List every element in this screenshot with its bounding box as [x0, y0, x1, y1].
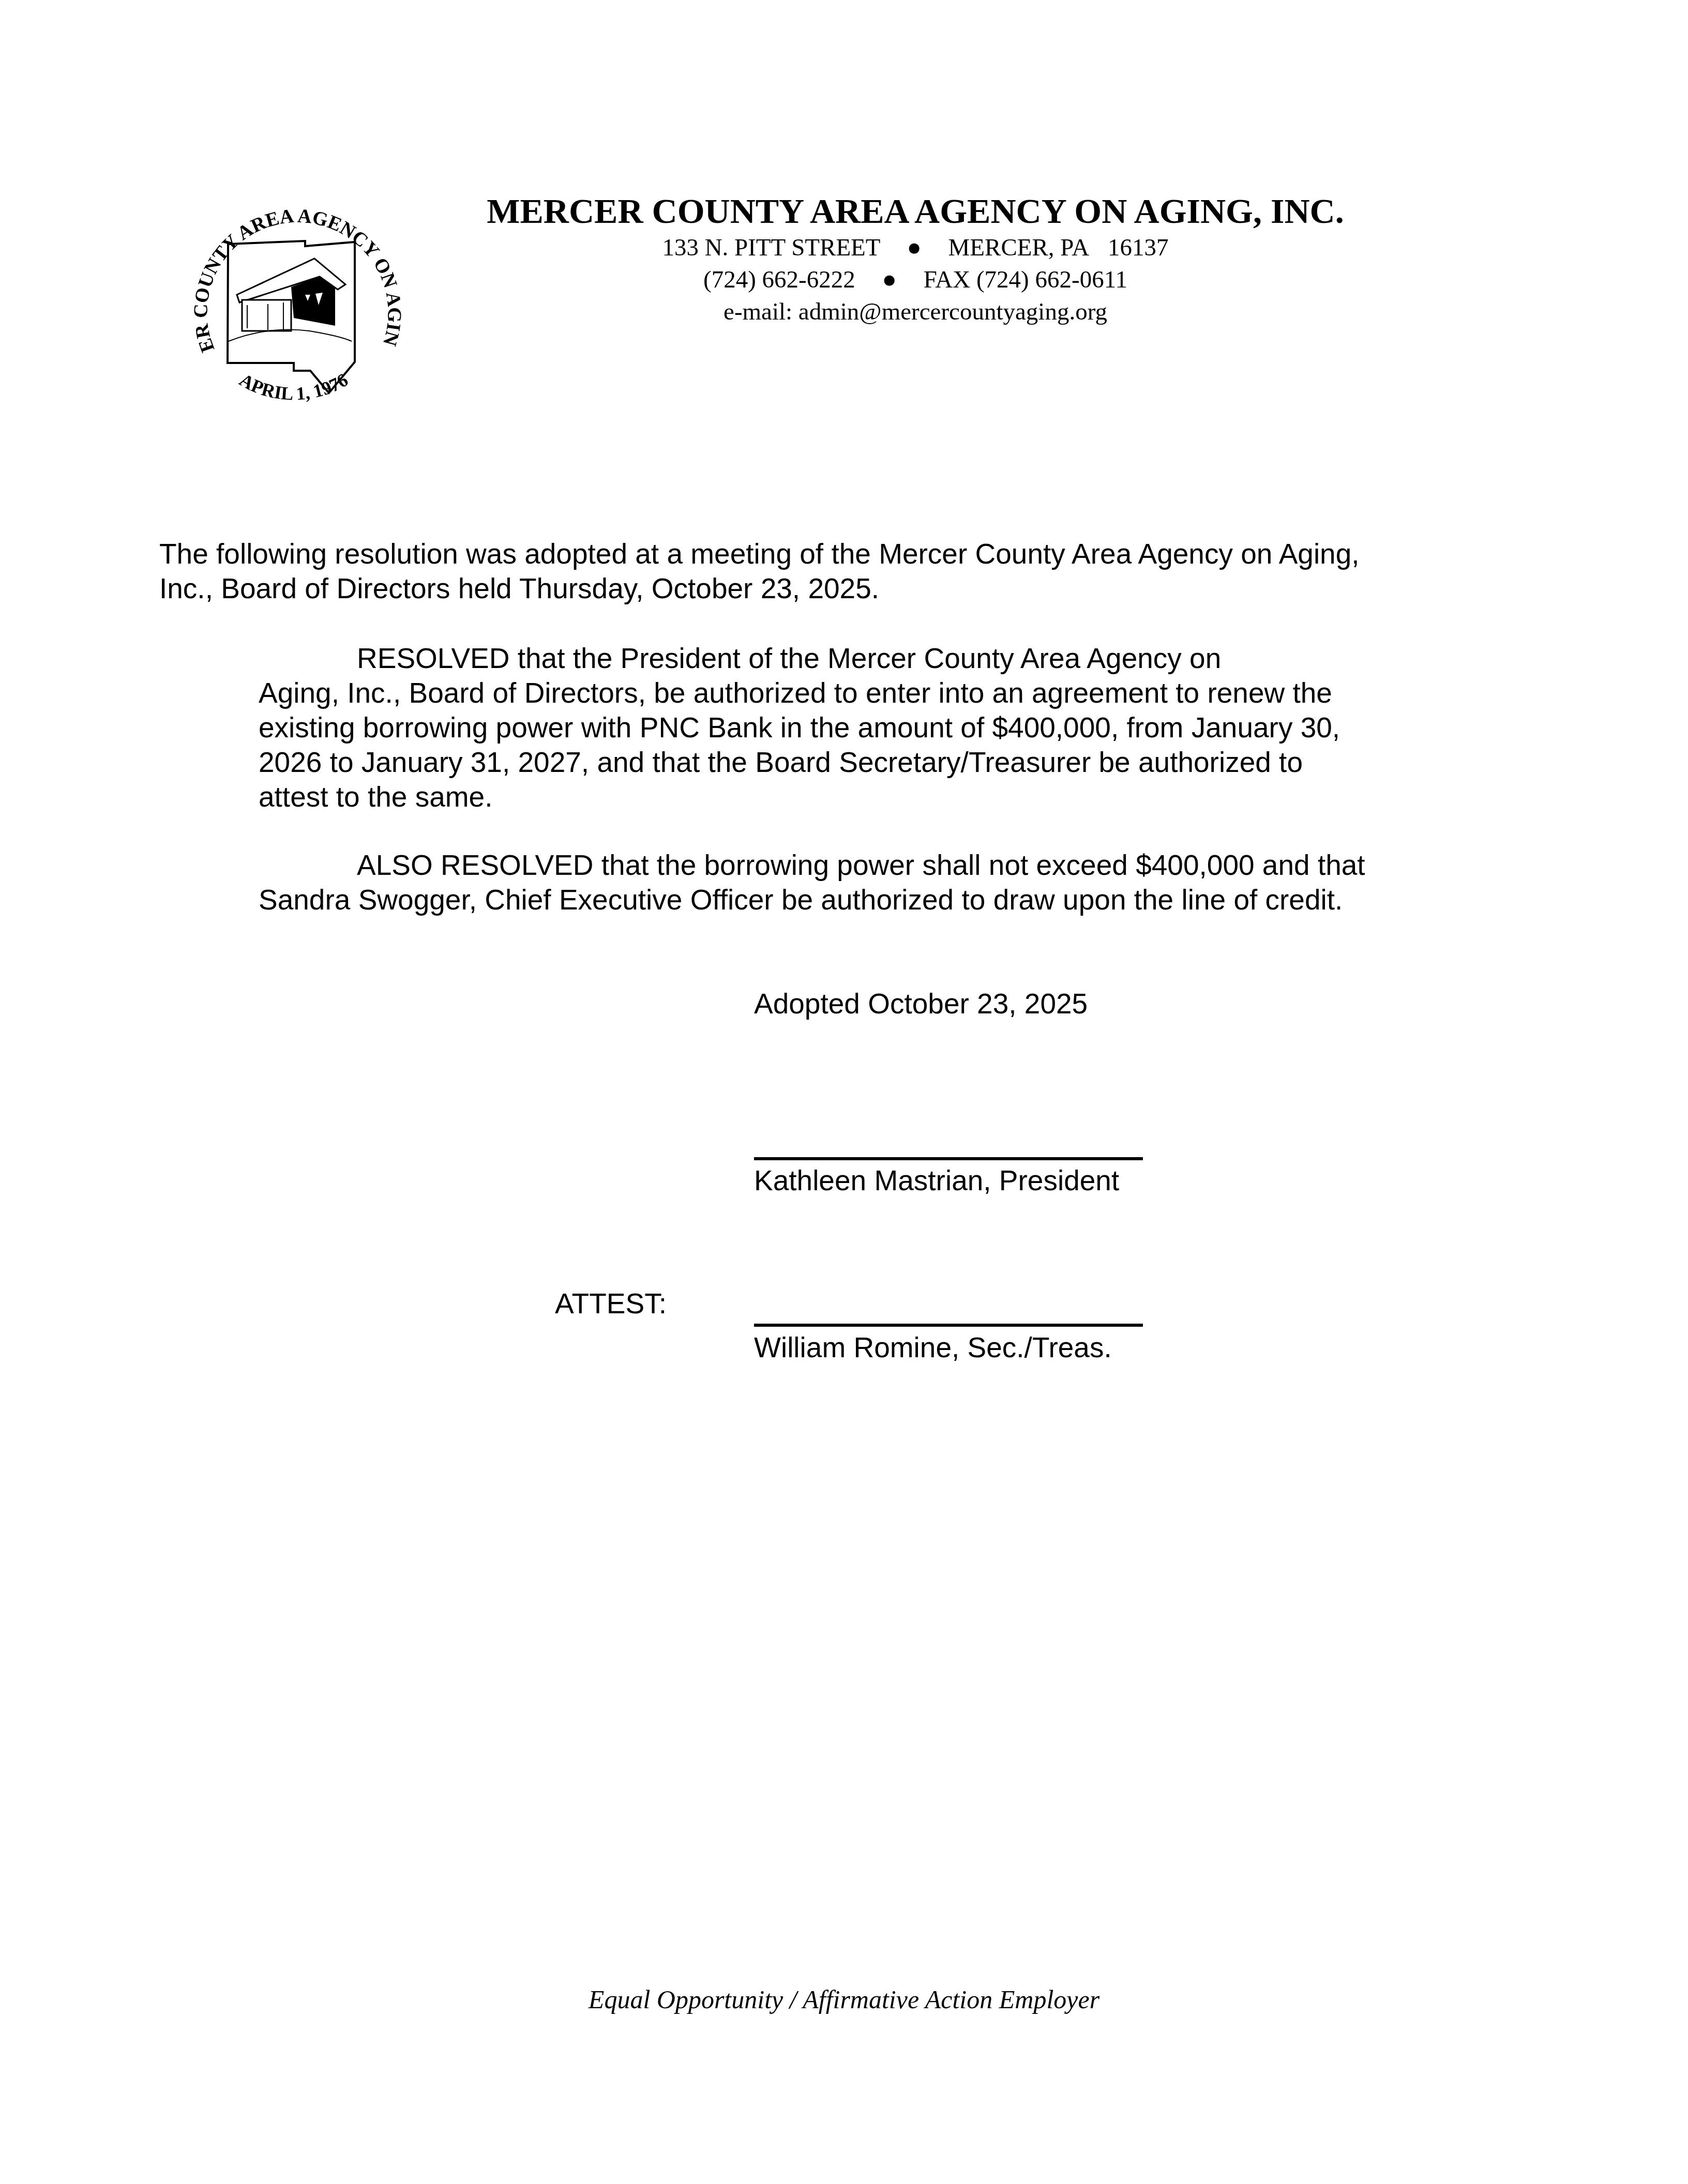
resolution-line: attest to the same.: [259, 780, 1340, 814]
street-address: 133 N. PITT STREET: [662, 234, 880, 261]
phone-number: (724) 662-6222: [703, 266, 855, 293]
footer-eoe-statement: Equal Opportunity / Affirmative Action E…: [0, 1984, 1688, 2014]
resolution-line: Aging, Inc., Board of Directors, be auth…: [259, 676, 1340, 710]
adopted-date: Adopted October 23, 2025: [754, 987, 1088, 1021]
secretary-signature-line: [754, 1324, 1143, 1327]
resolution-line: ALSO RESOLVED that the borrowing power s…: [259, 848, 1365, 883]
secretary-name: William Romine, Sec./Treas.: [754, 1330, 1112, 1365]
organization-name: MERCER COUNTY AREA AGENCY ON AGING, INC.: [424, 190, 1407, 232]
fax-number: FAX (724) 662-0611: [924, 266, 1127, 293]
city-state: MERCER, PA: [948, 234, 1090, 261]
president-name: Kathleen Mastrian, President: [754, 1163, 1119, 1198]
zip-code: 16137: [1108, 234, 1169, 261]
intro-line: The following resolution was adopted at …: [159, 537, 1360, 571]
attest-label: ATTEST:: [555, 1286, 667, 1321]
agency-seal-logo: MERCER COUNTY AREA AGENCY ON AGING, INC.…: [164, 176, 433, 434]
resolution-paragraph-2: ALSO RESOLVED that the borrowing power s…: [259, 848, 1365, 917]
intro-line: Inc., Board of Directors held Thursday, …: [159, 571, 1360, 606]
letterhead: MERCER COUNTY AREA AGENCY ON AGING, INC.…: [424, 190, 1407, 328]
resolution-line: Sandra Swogger, Chief Executive Officer …: [259, 883, 1365, 917]
president-signature-line: [754, 1157, 1143, 1160]
intro-paragraph: The following resolution was adopted at …: [159, 537, 1360, 606]
address-line: 133 N. PITT STREET ● MERCER, PA16137: [424, 232, 1407, 264]
bullet-separator-icon: ●: [882, 264, 897, 296]
resolution-line: RESOLVED that the President of the Merce…: [259, 641, 1340, 676]
resolution-line: 2026 to January 31, 2027, and that the B…: [259, 745, 1340, 780]
resolution-line: existing borrowing power with PNC Bank i…: [259, 710, 1340, 745]
email-address[interactable]: e-mail: admin@mercercountyaging.org: [424, 296, 1407, 328]
covered-bridge-seal-icon: MERCER COUNTY AREA AGENCY ON AGING, INC.…: [164, 176, 433, 434]
contact-line: (724) 662-6222 ● FAX (724) 662-0611: [424, 264, 1407, 296]
bullet-separator-icon: ●: [907, 232, 921, 264]
resolution-paragraph-1: RESOLVED that the President of the Merce…: [259, 641, 1340, 814]
